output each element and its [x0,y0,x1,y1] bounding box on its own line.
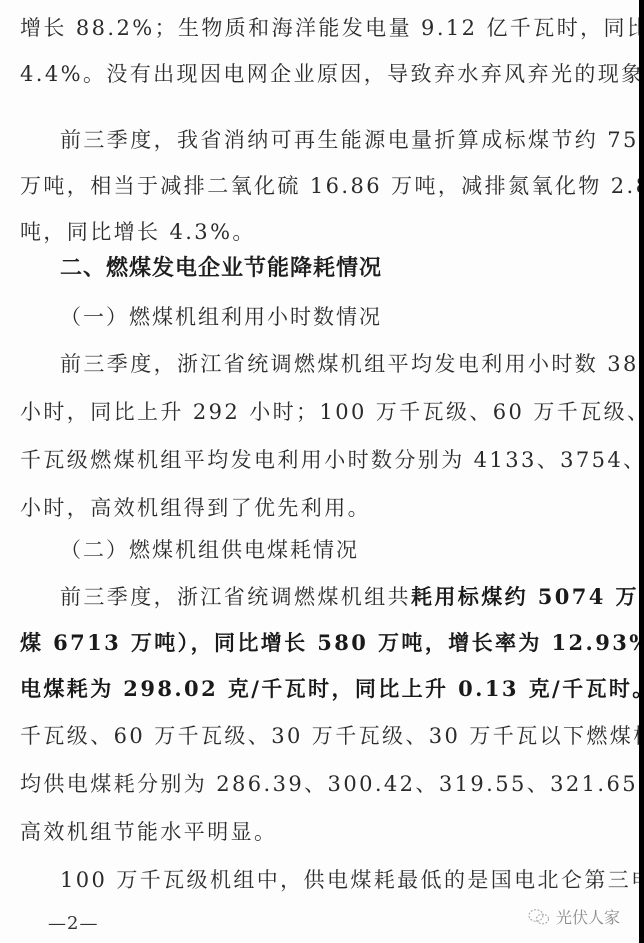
wechat-icon [528,908,550,926]
text-normal: 前三季度，浙江省统调燃煤机组共 [60,585,411,609]
paragraph-line: 电煤耗为 298.02 克/千瓦时，同比上升 0.13 克/千瓦时。100 万 [20,675,644,703]
paragraph-line: 小时，同比上升 292 小时；100 万千瓦级、60 万千瓦级、30 万 [20,398,644,426]
paragraph-line: 小时，高效机组得到了优先利用。 [20,494,371,522]
subsection-title: （一）燃煤机组利用小时数情况 [60,303,382,331]
paragraph-line: 前三季度，浙江省统调燃煤机组共耗用标煤约 5074 万吨（原 [60,583,644,611]
right-edge-border [639,0,644,943]
paragraph-line: 增长 88.2%；生物质和海洋能发电量 9.12 亿千瓦时，同比增长 [20,14,644,42]
paragraph-line: 前三季度，我省消纳可再生能源电量折算成标煤节约 752.7 [60,126,644,154]
page-number: —2— [48,913,98,934]
paragraph-line: 吨，同比增长 4.3%。 [20,218,256,246]
watermark-text: 光伏人家 [556,905,620,928]
paragraph-line: 前三季度，浙江省统调燃煤机组平均发电利用小时数 3849 [60,350,644,378]
document-page: 增长 88.2%；生物质和海洋能发电量 9.12 亿千瓦时，同比增长 4.4%。… [0,0,639,943]
text-bold: 电煤耗为 298.02 克/千瓦时，同比上升 0.13 克/千瓦时。 [20,676,644,701]
paragraph-line: 均供电煤耗分别为 286.39、300.42、319.55、321.65 克/千… [20,770,644,798]
subsection-title: （二）燃煤机组供电煤耗情况 [60,536,359,564]
paragraph-line: 4.4%。没有出现因电网企业原因，导致弃水弃风弃光的现象。 [20,60,644,88]
paragraph-line: 千瓦级、60 万千瓦级、30 万千瓦级、30 万千瓦以下燃煤机组平 [20,722,644,750]
paragraph-line: 100 万千瓦级机组中，供电煤耗最低的是国电北仑第三电厂 [60,866,644,894]
paragraph-line: 万吨，相当于减排二氧化硫 16.86 万吨，减排氮氧化物 2.82 万 [20,172,644,200]
paragraph-line: 煤 6713 万吨），同比增长 580 万吨，增长率为 12.93%；平均供 [20,629,644,657]
paragraph-line: 高效机组节能水平明显。 [20,818,277,846]
text-bold: 耗用标煤约 5074 万吨（原 [411,584,644,609]
section-heading: 二、燃煤发电企业节能降耗情况 [60,255,382,283]
paragraph-line: 千瓦级燃煤机组平均发电利用小时数分别为 4133、3754、3416 [20,446,644,474]
watermark: 光伏人家 [528,905,620,928]
